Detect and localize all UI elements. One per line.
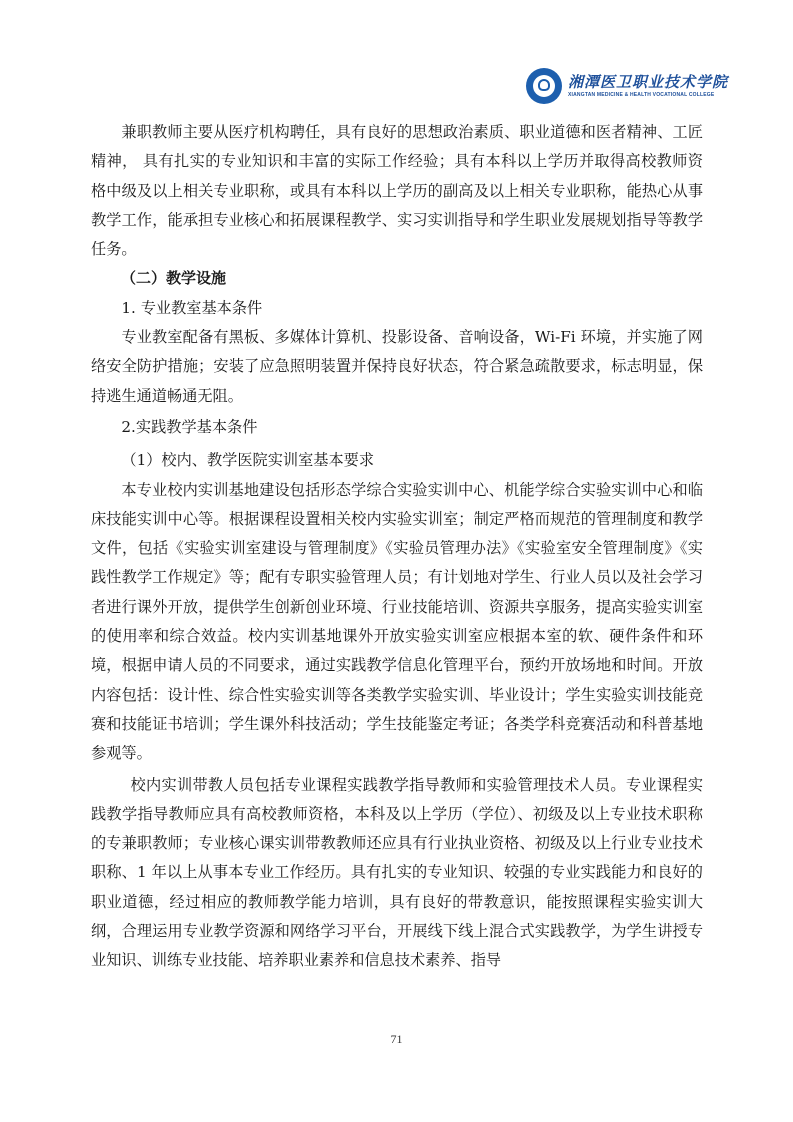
college-logo: 湘潭医卫职业技术学院 XIANGTAN MEDICINE & HEALTH VO… — [526, 66, 766, 106]
subheading-classroom-conditions: 1. 专业教室基本条件 — [91, 294, 703, 323]
college-name-cn: 湘潭医卫职业技术学院 — [568, 73, 728, 91]
subheading-training-room-requirements: （1）校内、教学医院实训室基本要求 — [91, 446, 703, 475]
college-name: 湘潭医卫职业技术学院 XIANGTAN MEDICINE & HEALTH VO… — [568, 73, 728, 99]
page-number: 71 — [0, 1032, 793, 1047]
college-name-en: XIANGTAN MEDICINE & HEALTH VOCATIONAL CO… — [568, 91, 728, 99]
subheading-practice-conditions: 2.实践教学基本条件 — [91, 413, 703, 442]
paragraph-training-staff: 校内实训带教人员包括专业课程实践教学指导教师和实验管理技术人员。专业课程实践教学… — [91, 771, 703, 976]
section-heading-teaching-facilities: （二）教学设施 — [91, 264, 703, 293]
paragraph-classroom-conditions: 专业教室配备有黑板、多媒体计算机、投影设备、音响设备，Wi-Fi 环境，并实施了… — [91, 323, 703, 411]
document-body: 兼职教师主要从医疗机构聘任，具有良好的思想政治素质、职业道德和医者精神、工匠精神… — [91, 118, 703, 976]
paragraph-part-time-teachers: 兼职教师主要从医疗机构聘任，具有良好的思想政治素质、职业道德和医者精神、工匠精神… — [91, 118, 703, 264]
college-emblem-icon — [526, 68, 562, 104]
paragraph-training-base: 本专业校内实训基地建设包括形态学综合实验实训中心、机能学综合实验实训中心和临床技… — [91, 476, 703, 769]
